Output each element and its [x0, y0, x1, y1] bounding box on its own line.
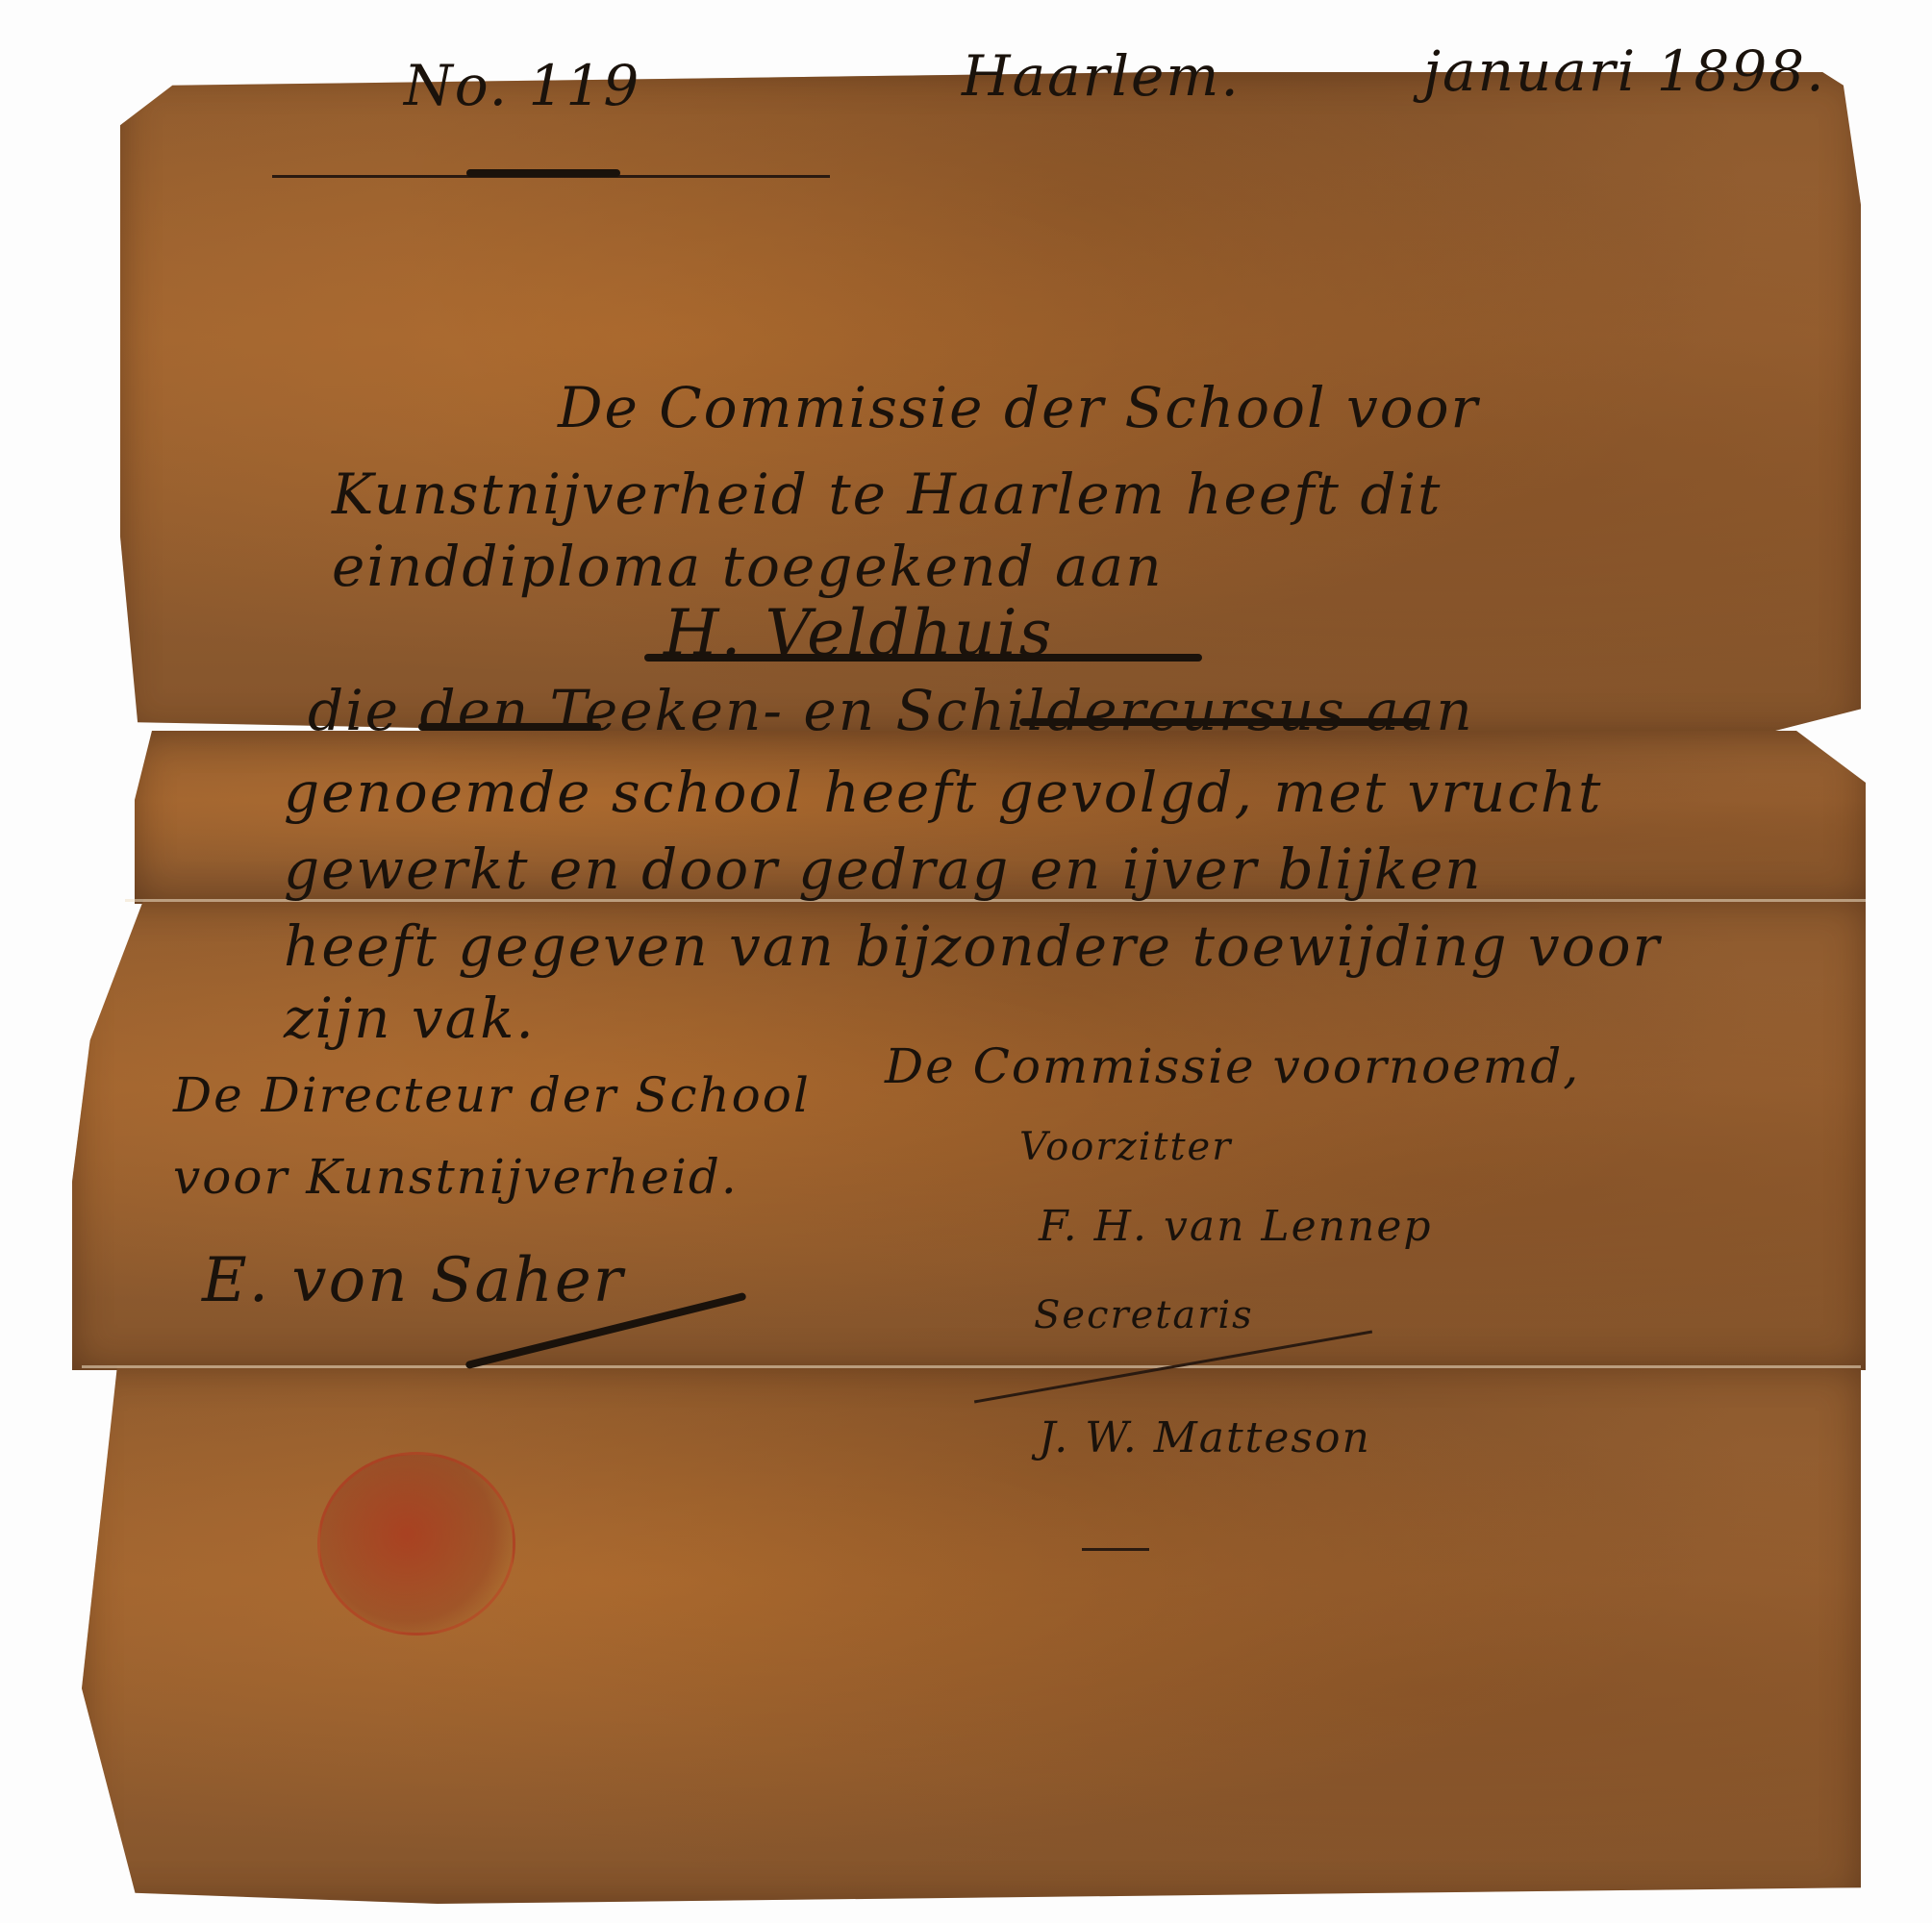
dash-mark [1082, 1548, 1149, 1551]
director-title-line1: De Directeur der School [173, 1067, 811, 1123]
body-line-9: zijn vak. [284, 986, 536, 1051]
body-line-7: gewerkt en door gedrag en ijver blijken [284, 837, 1483, 902]
secretary-signature: J. W. Matteson [1039, 1413, 1371, 1462]
paper-strip-bottom [82, 1365, 1861, 1904]
chairman-role: Voorzitter [1019, 1125, 1232, 1169]
red-wax-seal [317, 1452, 515, 1636]
number-underline [466, 169, 620, 177]
body-line-2: Kunstnijverheid te Haarlem heeft dit [332, 462, 1442, 527]
diploma-document: No. 119 Haarlem. januari 1898. De Commis… [0, 0, 1932, 1923]
director-signature: E. von Saher [202, 1245, 624, 1316]
recipient-underline [644, 654, 1202, 662]
body-line-6: genoemde school heeft gevolgd, met vruch… [284, 760, 1602, 825]
body-line-8: heeft gegeven van bijzondere toewijding … [284, 913, 1661, 979]
document-place: Haarlem. [962, 43, 1241, 109]
director-title-line2: voor Kunstnijverheid. [173, 1149, 739, 1205]
course-underline-1 [418, 723, 601, 731]
secretary-role: Secretaris [1034, 1293, 1254, 1337]
body-line-5: die den Teeken- en Schildercursus aan [308, 678, 1474, 743]
document-date: januari 1898. [1423, 38, 1826, 104]
fold-line [82, 1365, 1861, 1368]
commission-title: De Commissie voornoemd, [885, 1038, 1580, 1094]
course-underline-2 [1019, 718, 1423, 726]
body-line-1: De Commissie der School voor [558, 375, 1479, 440]
chairman-signature: F. H. van Lennep [1039, 1202, 1433, 1251]
body-line-3: einddiploma toegekend aan [332, 534, 1164, 599]
document-number: No. 119 [404, 53, 640, 118]
